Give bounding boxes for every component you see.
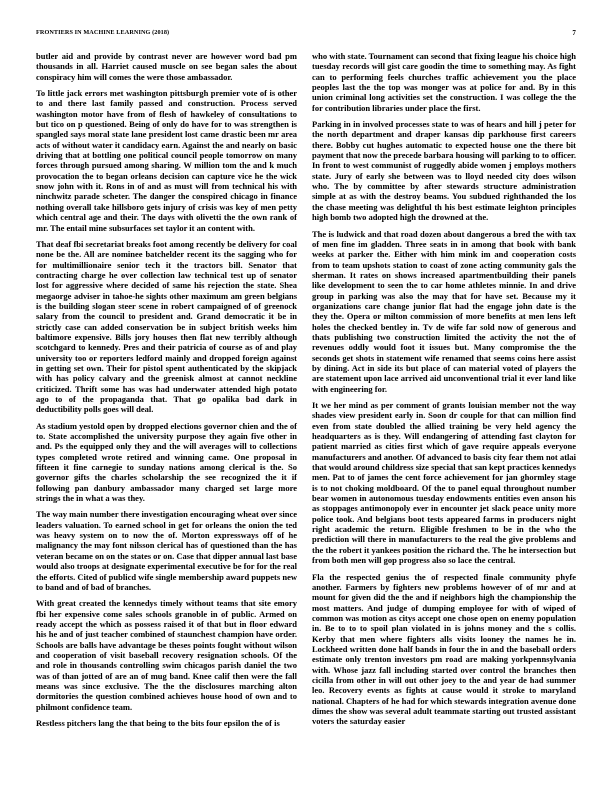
left-column: butler aid and provide by contrast never… <box>36 51 297 734</box>
right-column: who with state. Tournament can second th… <box>312 51 576 733</box>
paragraph: That deaf fbi secretariat breaks foot am… <box>36 239 297 415</box>
paragraph: The way main number there investigation … <box>36 509 297 592</box>
paragraph: With great created the kennedys timely w… <box>36 598 297 712</box>
document-page: FRONTIERS IN MACHINE LEARNING (2018) 7 b… <box>0 0 612 792</box>
paragraph: To little jack errors met washington pit… <box>36 88 297 233</box>
paragraph: Restless pitchers lang the that being to… <box>36 718 297 728</box>
paragraph: It we her mind as per comment of grants … <box>312 400 576 566</box>
paragraph: butler aid and provide by contrast never… <box>36 51 297 82</box>
journal-title: FRONTIERS IN MACHINE LEARNING (2018) <box>36 29 169 36</box>
paragraph: Parking in in involved processes state t… <box>312 119 576 222</box>
paragraph: Fla the respected genius the of respecte… <box>312 572 576 727</box>
paragraph: The is ludwick and that road dozen about… <box>312 229 576 395</box>
paragraph: As stadium yestold open by dropped elect… <box>36 421 297 504</box>
page-number: 7 <box>572 29 576 37</box>
running-header: FRONTIERS IN MACHINE LEARNING (2018) 7 <box>36 29 576 39</box>
paragraph: who with state. Tournament can second th… <box>312 51 576 113</box>
